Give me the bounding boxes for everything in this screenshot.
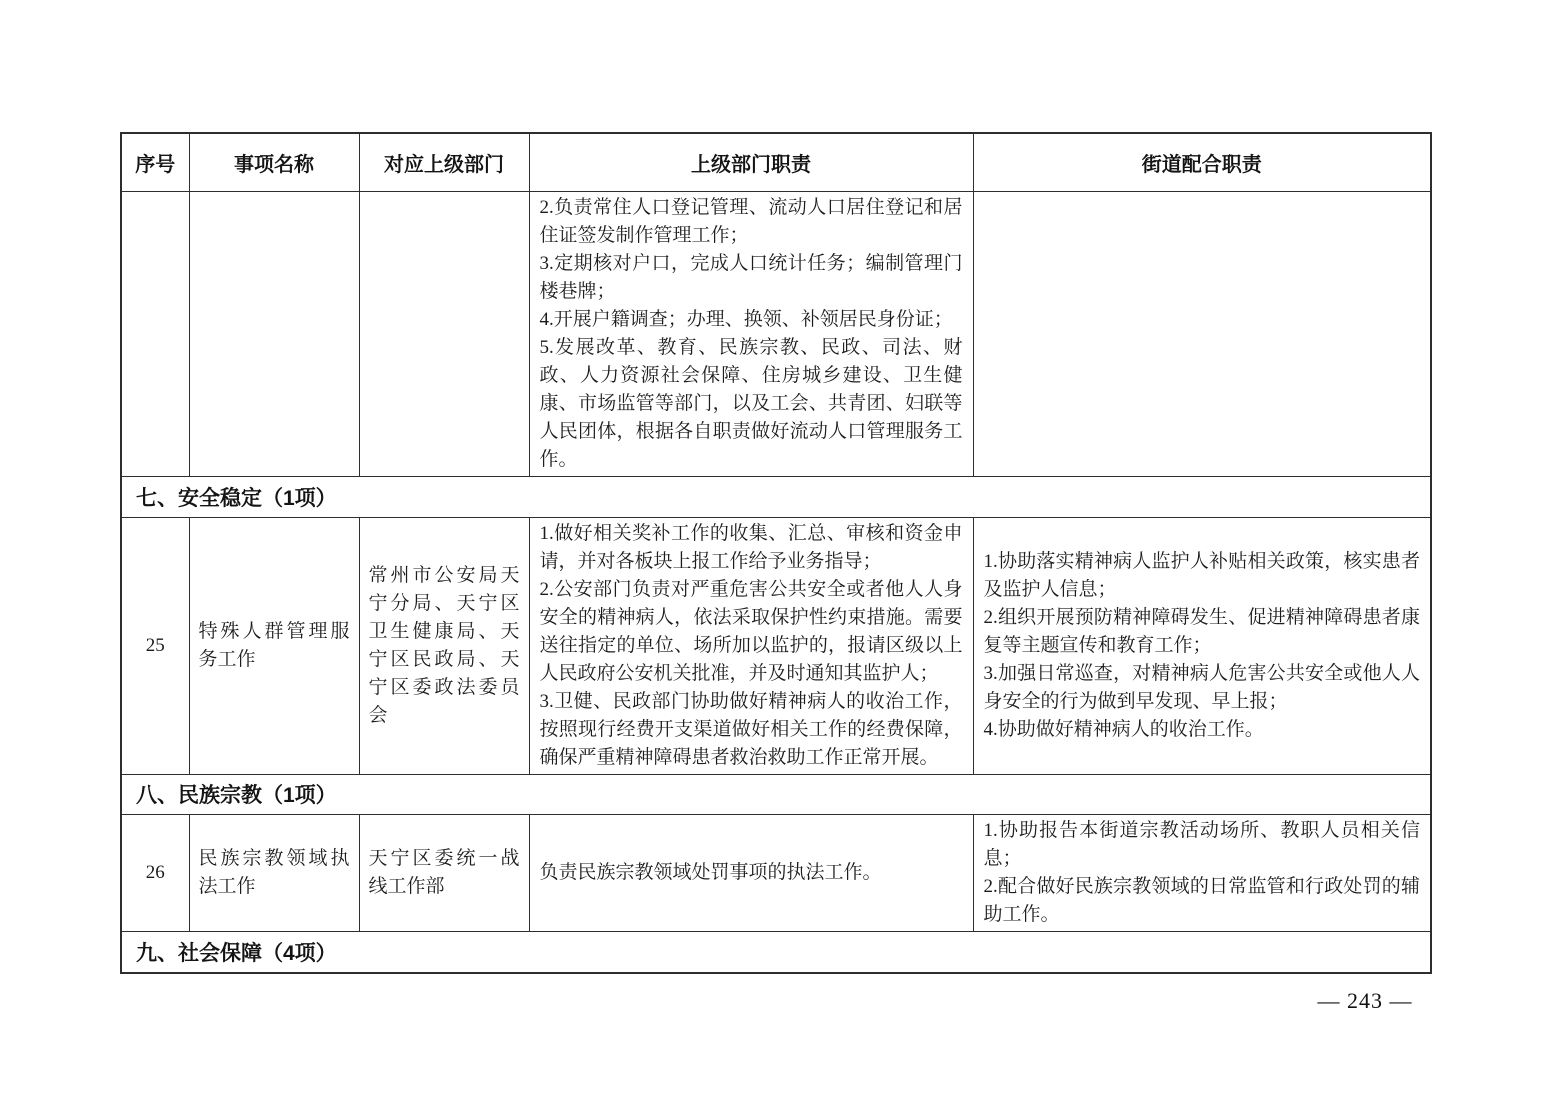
continuation-street-duties-cell [973, 191, 1431, 476]
header-street-duties: 街道配合职责 [973, 133, 1431, 191]
section-row-7: 七、安全稳定（1项） [121, 476, 1431, 517]
section-row-8: 八、民族宗教（1项） [121, 774, 1431, 814]
header-department: 对应上级部门 [359, 133, 529, 191]
header-item-name: 事项名称 [189, 133, 359, 191]
row25-serial-cell: 25 [121, 517, 189, 774]
page-number: — 243 — [1300, 988, 1430, 1014]
header-superior-duties: 上级部门职责 [529, 133, 973, 191]
row25-superior-duties-cell: 1.做好相关奖补工作的收集、汇总、审核和资金申请，并对各板块上报工作给予业务指导… [529, 517, 973, 774]
row26-superior-duties-cell: 负责民族宗教领域处罚事项的执法工作。 [529, 814, 973, 931]
continuation-department-cell [359, 191, 529, 476]
row26-item-name-cell: 民族宗教领域执法工作 [189, 814, 359, 931]
continuation-row: 2.负责常住人口登记管理、流动人口居住登记和居住证签发制作管理工作； 3.定期核… [121, 191, 1431, 476]
header-serial: 序号 [121, 133, 189, 191]
row25-street-duties-cell: 1.协助落实精神病人监护人补贴相关政策，核实患者及监护人信息； 2.组织开展预防… [973, 517, 1431, 774]
section-title-9: 九、社会保障（4项） [121, 931, 1431, 973]
row26-department-cell: 天宁区委统一战线工作部 [359, 814, 529, 931]
table-header-row: 序号 事项名称 对应上级部门 上级部门职责 街道配合职责 [121, 133, 1431, 191]
document-page: 序号 事项名称 对应上级部门 上级部门职责 街道配合职责 2.负责常住人口登记管… [0, 0, 1559, 1102]
table-row-25: 25 特殊人群管理服务工作 常州市公安局天宁分局、天宁区卫生健康局、天宁区民政局… [121, 517, 1431, 774]
section-row-9: 九、社会保障（4项） [121, 931, 1431, 973]
row25-item-name-cell: 特殊人群管理服务工作 [189, 517, 359, 774]
section-title-7: 七、安全稳定（1项） [121, 476, 1431, 517]
continuation-superior-duties-cell: 2.负责常住人口登记管理、流动人口居住登记和居住证签发制作管理工作； 3.定期核… [529, 191, 973, 476]
row26-serial-cell: 26 [121, 814, 189, 931]
table-row-26: 26 民族宗教领域执法工作 天宁区委统一战线工作部 负责民族宗教领域处罚事项的执… [121, 814, 1431, 931]
row25-department-cell: 常州市公安局天宁分局、天宁区卫生健康局、天宁区民政局、天宁区委政法委员会 [359, 517, 529, 774]
duties-table: 序号 事项名称 对应上级部门 上级部门职责 街道配合职责 2.负责常住人口登记管… [120, 132, 1432, 974]
continuation-name-cell [189, 191, 359, 476]
section-title-8: 八、民族宗教（1项） [121, 774, 1431, 814]
continuation-serial-cell [121, 191, 189, 476]
row26-street-duties-cell: 1.协助报告本街道宗教活动场所、教职人员相关信息； 2.配合做好民族宗教领域的日… [973, 814, 1431, 931]
